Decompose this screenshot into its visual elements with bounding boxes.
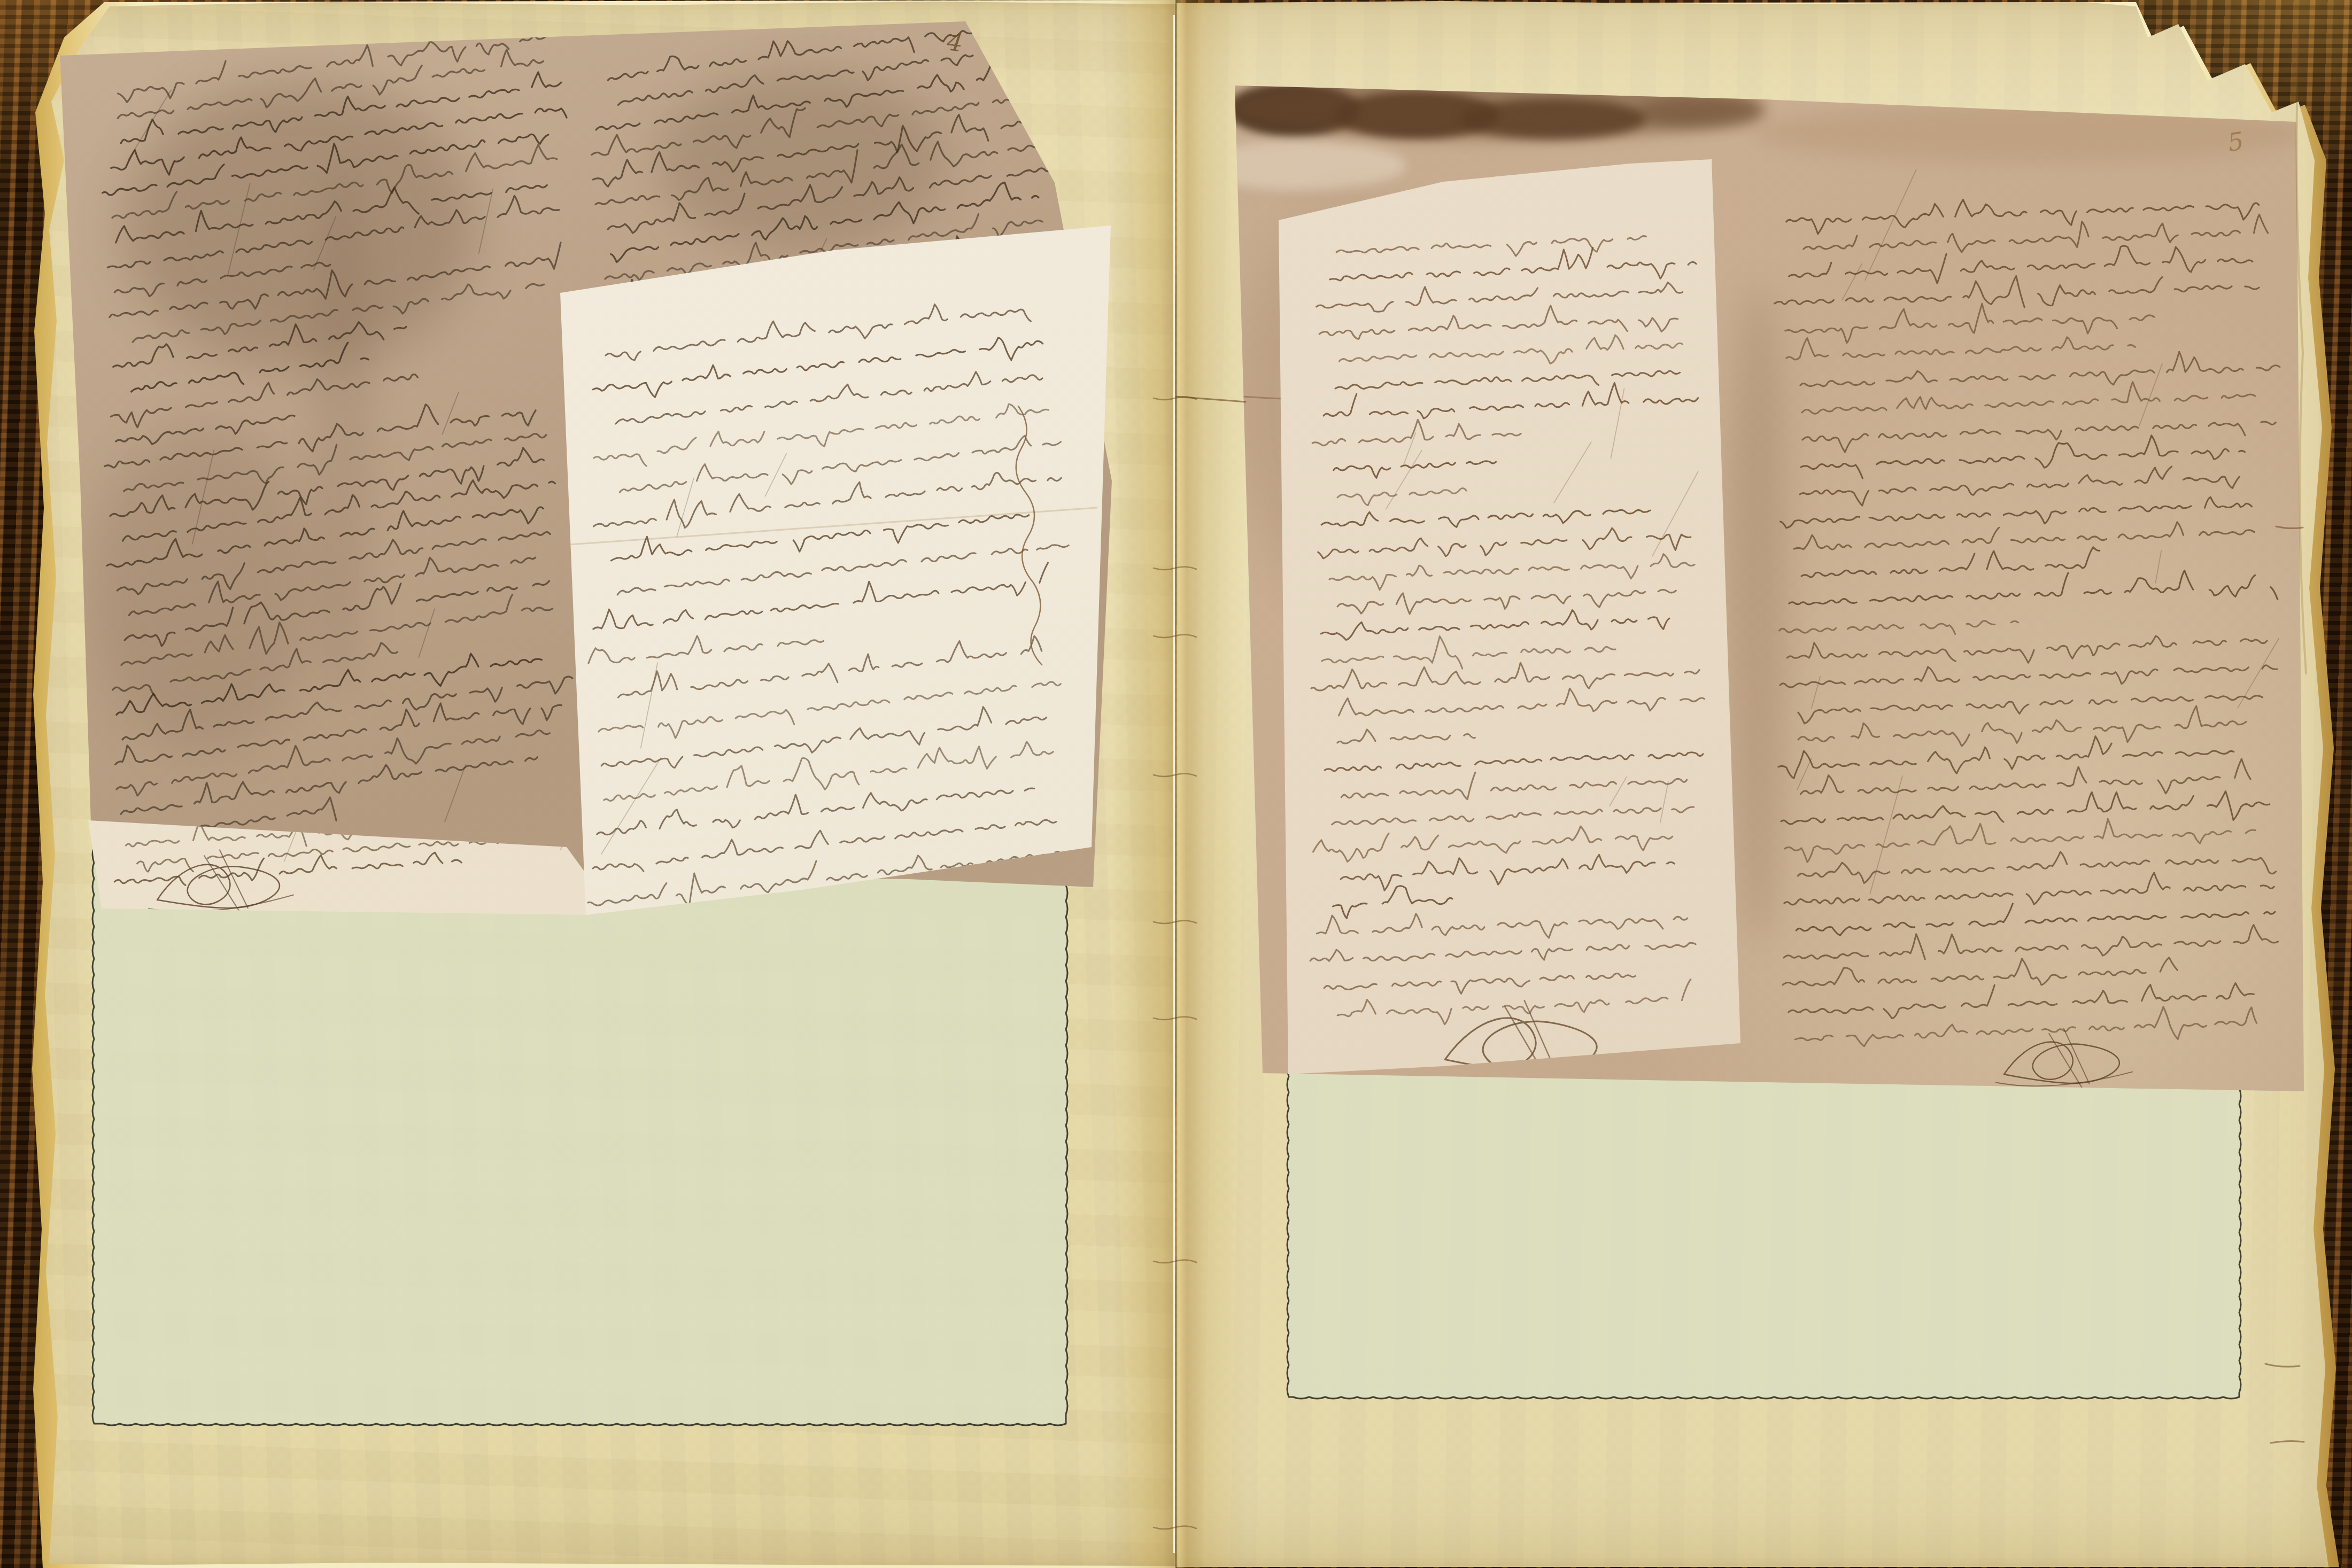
page-gutter-highlight xyxy=(1173,15,1175,1553)
page-number-right: 5 xyxy=(2226,128,2245,155)
album-spread: 4 5 xyxy=(0,0,2352,1568)
page-gutter-shadow xyxy=(1112,0,1245,1568)
page-number-left: 4 xyxy=(946,29,964,55)
photo-placeholder-right[interactable] xyxy=(1286,1053,2242,1400)
wavy-border-frame xyxy=(1286,1053,2242,1400)
